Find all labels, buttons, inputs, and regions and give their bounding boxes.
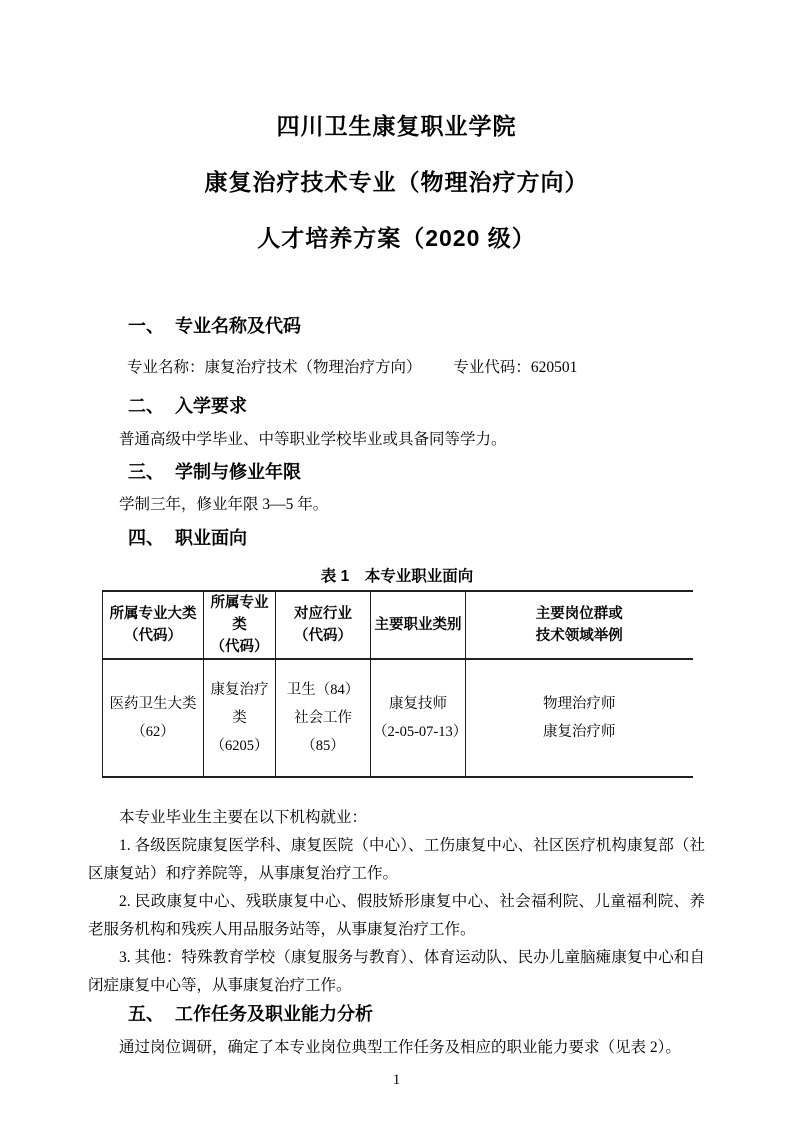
section-number: 四、 [128, 526, 175, 550]
header-line: 所属专业类 [206, 592, 273, 636]
header-industry: 对应行业 （代码） [276, 591, 371, 659]
cell-line: 物理治疗师 [468, 690, 691, 718]
table-row: 医药卫生大类 （62） 康复治疗类 （6205） 卫生（84） 社会工作（85）… [103, 659, 693, 777]
document-page: 四川卫生康复职业学院 康复治疗技术专业（物理治疗方向） 人才培养方案（2020 … [0, 0, 793, 1122]
cell-line: 康复治疗类 [206, 676, 273, 732]
cell-line: 卫生（84） [278, 676, 368, 704]
employment-paragraphs: 本专业毕业生主要在以下机构就业： 1. 各级医院康复医学科、康复医院（中心）、工… [88, 804, 705, 1000]
section-heading-admission-requirements: 二、 入学要求 [88, 394, 705, 418]
section-number: 二、 [128, 394, 175, 418]
employment-item-3: 3. 其他：特殊教育学校（康复服务与教育）、体育运动队、民办儿童脑瘫康复中心和自… [88, 944, 705, 1000]
document-title-block: 四川卫生康复职业学院 康复治疗技术专业（物理治疗方向） 人才培养方案（2020 … [88, 112, 705, 252]
header-post-group-examples: 主要岗位群或 技术领域举例 [466, 591, 693, 659]
cell-line: 康复技师 [373, 690, 463, 718]
header-line: 主要职业类别 [373, 614, 463, 636]
cell-industry: 卫生（84） 社会工作（85） [276, 659, 371, 777]
section-heading-work-tasks-analysis: 五、 工作任务及职业能力分析 [88, 1002, 705, 1026]
header-major-class: 所属专业类 （代码） [204, 591, 276, 659]
section-title: 入学要求 [175, 394, 247, 418]
section-heading-career-orientation: 四、 职业面向 [88, 526, 705, 550]
page-number: 1 [88, 1070, 705, 1090]
header-line: （代码） [105, 625, 201, 647]
section-title: 专业名称及代码 [175, 314, 301, 338]
cell-line: 社会工作（85） [278, 704, 368, 760]
section-number: 一、 [128, 314, 175, 338]
section-title: 学制与修业年限 [175, 460, 301, 484]
major-name-value: 专业名称：康复治疗技术（物理治疗方向） [127, 359, 422, 376]
doc-title-line-3: 人才培养方案（2020 级） [88, 224, 705, 252]
header-line: （代码） [278, 625, 368, 647]
header-line: （代码） [206, 636, 273, 658]
work-tasks-analysis-text: 通过岗位调研，确定了本专业岗位典型工作任务及相应的职业能力要求（见表 2）。 [88, 1034, 705, 1062]
admission-requirements-text: 普通高级中学毕业、中等职业学校毕业或具备同等学力。 [88, 426, 705, 454]
cell-line: （2-05-07-13） [373, 718, 463, 746]
cell-line: 康复治疗师 [468, 718, 691, 746]
section-title: 职业面向 [175, 526, 247, 550]
career-orientation-table: 所属专业大类 （代码） 所属专业类 （代码） 对应行业 （代码） 主要职业类别 … [102, 590, 693, 778]
schooling-duration-text: 学制三年，修业年限 3—5 年。 [88, 491, 705, 519]
doc-title-line-2: 康复治疗技术专业（物理治疗方向） [88, 168, 705, 196]
section-heading-schooling-duration: 三、 学制与修业年限 [88, 460, 705, 484]
section-number: 三、 [128, 460, 175, 484]
cell-major-class: 康复治疗类 （6205） [204, 659, 276, 777]
major-code-value: 专业代码：620501 [453, 359, 577, 376]
section-number: 五、 [128, 1002, 175, 1026]
table1-caption: 表 1 本专业职业面向 [102, 566, 692, 588]
cell-line: 医药卫生大类 [105, 690, 201, 718]
cell-major-category: 医药卫生大类 （62） [103, 659, 204, 777]
header-occupation-category: 主要职业类别 [371, 591, 466, 659]
header-line: 技术领域举例 [468, 625, 691, 647]
header-line: 对应行业 [278, 603, 368, 625]
employment-intro: 本专业毕业生主要在以下机构就业： [88, 804, 705, 832]
major-name-and-code-line: 专业名称：康复治疗技术（物理治疗方向） 专业代码：620501 [88, 354, 705, 382]
section-heading-major-name-and-code: 一、 专业名称及代码 [88, 314, 705, 338]
header-major-category: 所属专业大类 （代码） [103, 591, 204, 659]
section-title: 工作任务及职业能力分析 [175, 1002, 373, 1026]
doc-title-line-1: 四川卫生康复职业学院 [88, 112, 705, 140]
header-line: 主要岗位群或 [468, 603, 691, 625]
cell-post-group-examples: 物理治疗师 康复治疗师 [466, 659, 693, 777]
employment-item-2: 2. 民政康复中心、残联康复中心、假肢矫形康复中心、社会福利院、儿童福利院、养老… [88, 888, 705, 944]
table-header-row: 所属专业大类 （代码） 所属专业类 （代码） 对应行业 （代码） 主要职业类别 … [103, 591, 693, 659]
employment-item-1: 1. 各级医院康复医学科、康复医院（中心）、工伤康复中心、社区医疗机构康复部（社… [88, 832, 705, 888]
cell-line: （62） [105, 718, 201, 746]
cell-line: （6205） [206, 732, 273, 760]
cell-occupation-category: 康复技师 （2-05-07-13） [371, 659, 466, 777]
header-line: 所属专业大类 [105, 603, 201, 625]
